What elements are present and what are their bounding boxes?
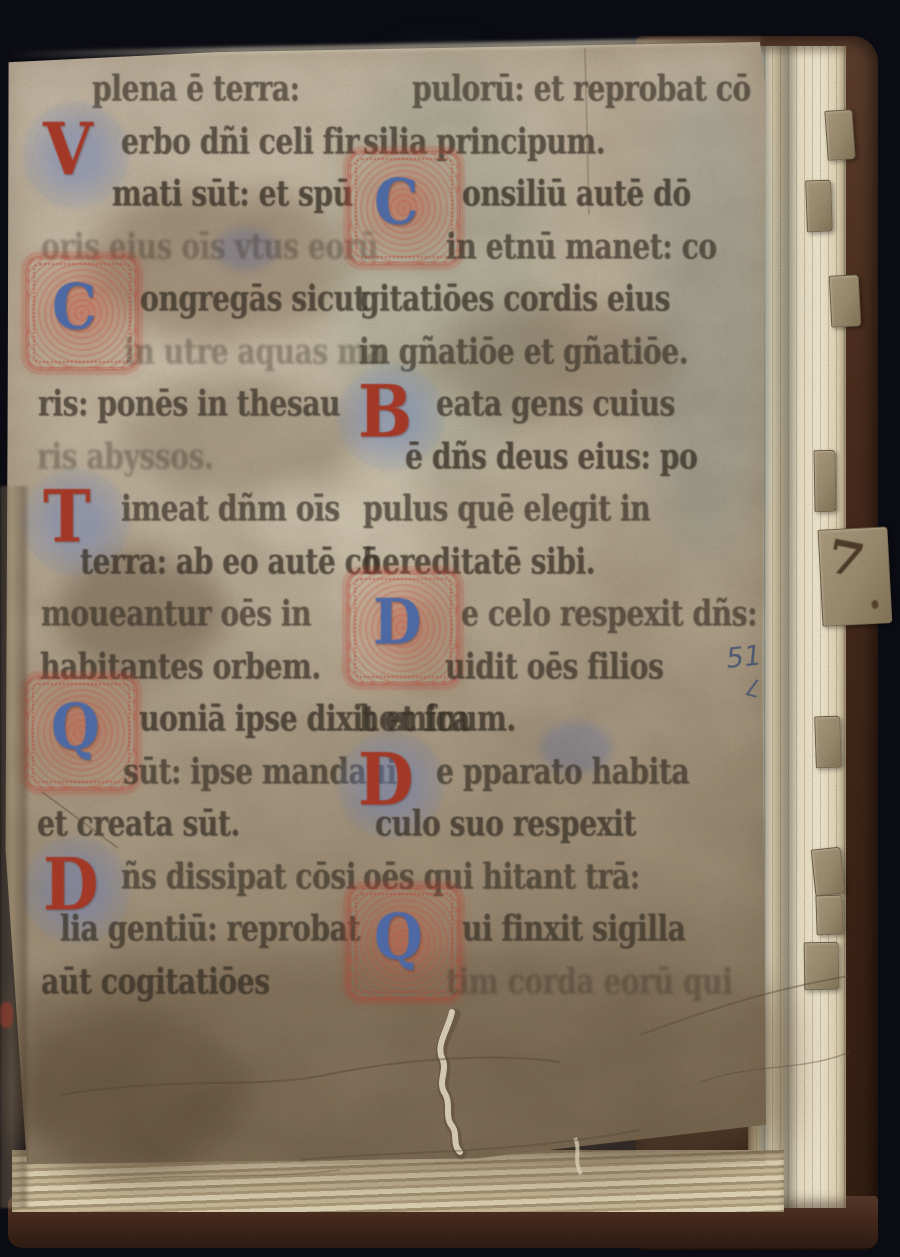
index-tab-marked: 7 [818,526,893,627]
manuscript-photo: 7 plena ē terra:Verbo dñi celi firmati s… [0,0,900,1257]
parchment-page [4,42,766,1164]
index-tab [824,109,855,161]
tab-ink-mark: 7 [824,532,869,584]
index-tab [811,847,846,897]
previous-page-edge-speck [0,1002,13,1028]
index-tab [814,716,842,769]
tab-ink-dot [871,600,878,609]
index-tab [804,942,840,991]
index-tab [829,274,862,327]
index-tab [805,180,833,233]
folio-annotation: 51 L [726,640,762,703]
folio-number: 51 [724,638,763,675]
index-tab [813,450,836,512]
index-tab [815,895,843,936]
